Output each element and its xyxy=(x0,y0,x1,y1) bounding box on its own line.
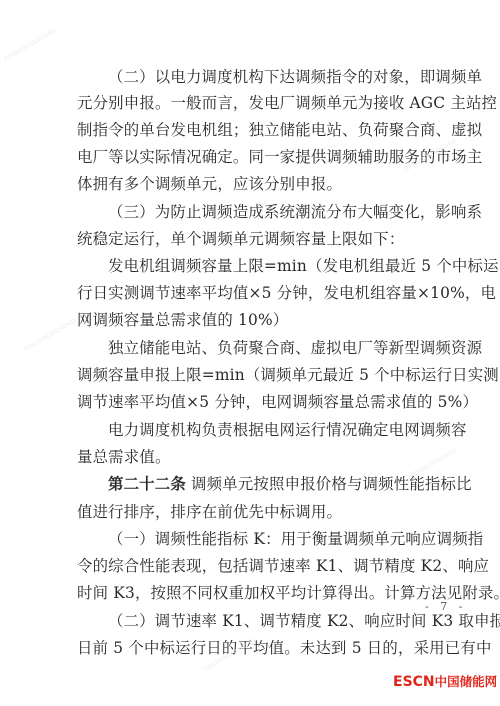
text-line: 电力调度机构负责根据电网运行情况确定电网调频容 xyxy=(108,420,441,440)
text-line: 电厂等以实际情况确定。同一家提供调频辅助服务的市场主 xyxy=(77,147,441,167)
text-line: 制指令的单台发电机组；独立储能电站、负荷聚合商、虚拟 xyxy=(77,120,441,140)
text-line: 时间 K3，按照不同权重加权平均计算得出。计算方法见附录。 xyxy=(77,583,441,603)
watermark: ▭▭▭▭▭▭▭ xyxy=(1,26,58,64)
text-line: （一）调频性能指标 K：用于衡量调频单元响应调频指 xyxy=(108,529,441,549)
article-text: 调频单元按照申报价格与调频性能指标比 xyxy=(186,475,472,493)
text-line: 调节速率平均值×5 分钟，电网调频容量总需求值的 5%） xyxy=(77,392,441,412)
logo-chinese: 中国储能网 xyxy=(435,674,498,689)
text-line: 日前 5 个中标运行日的平均值。未达到 5 日的，采用已有中 xyxy=(77,638,441,658)
text-line: 元分别申报。一般而言，发电厂调频单元为接收 AGC 主站控 xyxy=(77,93,441,113)
text-line: 行日实测调节速率平均值×5 分钟，发电机组容量×10%，电 xyxy=(77,283,441,303)
text-line: （二）以电力调度机构下达调频指令的对象，即调频单 xyxy=(108,67,441,87)
document-page: （二）以电力调度机构下达调频指令的对象，即调频单元分别申报。一般而言，发电厂调频… xyxy=(0,0,500,706)
text-line: 统稳定运行，单个调频单元调频容量上限如下： xyxy=(77,229,441,249)
article-heading: 第二十二条 xyxy=(108,475,186,493)
watermark: ▭▭▭▭▭▭▭ xyxy=(21,316,78,354)
text-line: 发电机组调频容量上限=min（发电机组最近 5 个中标运 xyxy=(108,256,441,276)
logo-latin: ESCN xyxy=(393,674,435,690)
escn-logo: ESCN中国储能网 xyxy=(393,672,497,690)
text-line: （三）为防止调频造成系统潮流分布大幅变化，影响系 xyxy=(108,202,441,222)
text-line: 量总需求值。 xyxy=(77,447,441,467)
text-line: 令的综合性能表现，包括调节速率 K1、调节精度 K2、响应 xyxy=(77,556,441,576)
text-line: 值进行排序，排序在前优先中标调用。 xyxy=(77,502,441,522)
page-number: - 7 - xyxy=(425,600,466,613)
text-line: 调频容量申报上限=min（调频单元最近 5 个中标运行日实测 xyxy=(77,365,441,385)
text-line: （二）调节速率 K1、调节精度 K2、响应时间 K3 取申报 xyxy=(108,611,441,631)
text-line: 体拥有多个调频单元，应该分别申报。 xyxy=(77,174,441,194)
article-22-line: 第二十二条 调频单元按照申报价格与调频性能指标比 xyxy=(108,474,441,494)
text-line: 独立储能电站、负荷聚合商、虚拟电厂等新型调频资源 xyxy=(108,338,441,358)
text-line: 网调频容量总需求值的 10%） xyxy=(77,310,441,330)
